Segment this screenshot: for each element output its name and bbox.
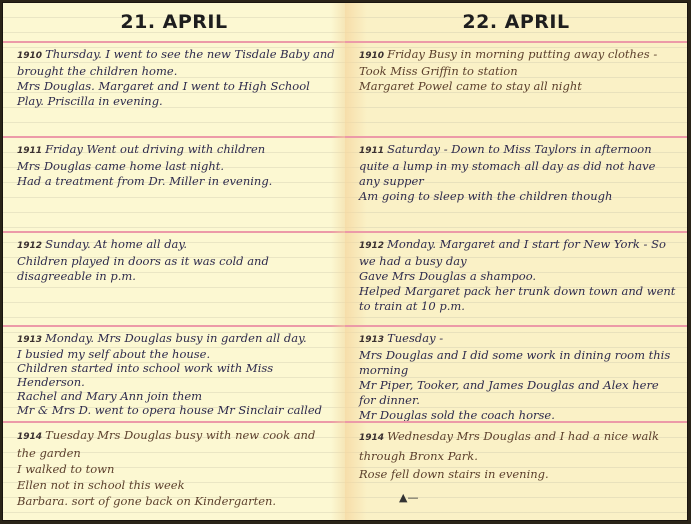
right-entry-1910: 1910Friday Busy in morning putting away … bbox=[345, 41, 687, 136]
ink-mark: ▲— bbox=[399, 491, 418, 504]
entry-text: 1912Monday. Margaret and I start for New… bbox=[359, 237, 677, 314]
entry-year: 1913 bbox=[359, 335, 384, 345]
entry-text: 1910Friday Busy in morning putting away … bbox=[359, 47, 677, 94]
entry-year: 1910 bbox=[17, 51, 42, 61]
entry-text: 1914Tuesday Mrs Douglas busy with new co… bbox=[17, 427, 335, 509]
left-entry-1910: 1910Thursday. I went to see the new Tisd… bbox=[3, 41, 345, 136]
left-entry-1911: 1911Friday Went out driving with childre… bbox=[3, 136, 345, 231]
gutter-shadow bbox=[331, 3, 345, 520]
right-entry-1913: 1913Tuesday - Mrs Douglas and I did some… bbox=[345, 325, 687, 421]
entry-text: 1911Saturday - Down to Miss Taylors in a… bbox=[359, 142, 677, 204]
left-entry-1913: 1913Monday. Mrs Douglas busy in garden a… bbox=[3, 325, 345, 421]
entry-year: 1910 bbox=[359, 51, 384, 61]
entry-text: 1913Tuesday - Mrs Douglas and I did some… bbox=[359, 331, 677, 423]
entry-text: 1911Friday Went out driving with childre… bbox=[17, 142, 335, 189]
entry-text: 1912Sunday. At home all day. Children pl… bbox=[17, 237, 335, 284]
entry-year: 1914 bbox=[359, 433, 384, 443]
entry-year: 1911 bbox=[359, 146, 384, 156]
right-date-header: 22. APRIL bbox=[345, 3, 687, 41]
entry-year: 1914 bbox=[17, 432, 42, 442]
right-entry-1912: 1912Monday. Margaret and I start for New… bbox=[345, 231, 687, 325]
right-entry-1911: 1911Saturday - Down to Miss Taylors in a… bbox=[345, 136, 687, 231]
entry-year: 1911 bbox=[17, 146, 42, 156]
entry-year: 1912 bbox=[359, 241, 384, 251]
entry-year: 1912 bbox=[17, 241, 42, 251]
left-page: 21. APRIL 1910Thursday. I went to see th… bbox=[3, 3, 345, 520]
entry-text: 1910Thursday. I went to see the new Tisd… bbox=[17, 47, 335, 109]
diary-spread: 21. APRIL 1910Thursday. I went to see th… bbox=[2, 2, 688, 521]
left-entry-1914: 1914Tuesday Mrs Douglas busy with new co… bbox=[3, 421, 345, 520]
entry-text: 1913Monday. Mrs Douglas busy in garden a… bbox=[17, 331, 335, 417]
entry-year: 1913 bbox=[17, 335, 42, 345]
left-entry-1912: 1912Sunday. At home all day. Children pl… bbox=[3, 231, 345, 325]
right-page: 22. APRIL 1910Friday Busy in morning put… bbox=[345, 3, 687, 520]
left-date-header: 21. APRIL bbox=[3, 3, 345, 41]
right-entry-1914: 1914Wednesday Mrs Douglas and I had a ni… bbox=[345, 421, 687, 520]
entry-text: 1914Wednesday Mrs Douglas and I had a ni… bbox=[359, 427, 677, 483]
